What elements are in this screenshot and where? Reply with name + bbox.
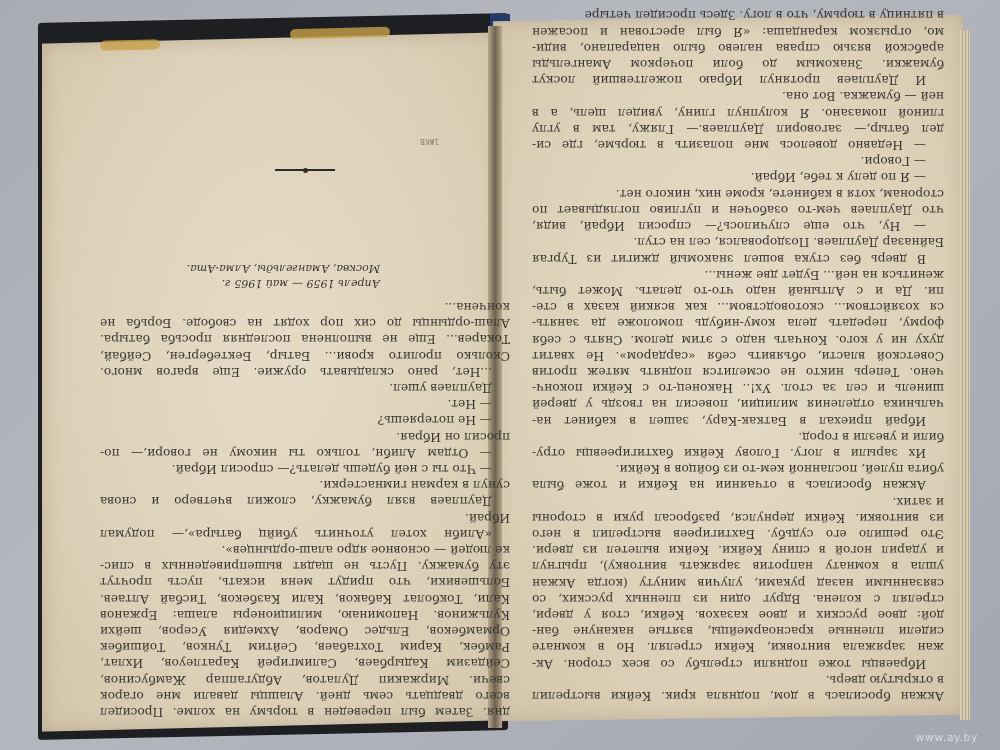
text-line: ушла в комнату напротив заряжать винтовк… bbox=[532, 558, 944, 574]
text-line: Кульжинов. Напоминаю, милиционеры алаша:… bbox=[100, 607, 510, 623]
text-line: чено. Теперь никто не осмелится поднять … bbox=[532, 364, 944, 380]
watermark: www.ay.by bbox=[915, 731, 978, 744]
text-line: — Нет. bbox=[100, 396, 510, 412]
text-line: и ударил ногой в спину Кейки. Кейки выле… bbox=[532, 542, 944, 558]
text-line: Акжан бросилась в отчаянии на Кейки и то… bbox=[532, 477, 944, 493]
text-line: сунул в карман гимнастерки. bbox=[100, 477, 510, 493]
right-page-text: Акжан бросилась в дом, подняла крик. Кей… bbox=[532, 64, 944, 704]
text-line: чальника отделения милиции, повесил на г… bbox=[532, 396, 944, 412]
text-line: убита пулей, посланной кем-то из бойцов … bbox=[532, 461, 944, 477]
text-line: дел батыр,— заговорил Дауплаев.— Гляжу, … bbox=[532, 121, 944, 137]
text-line: эту бумажку. Пусть не щадят вышеприведен… bbox=[100, 558, 510, 574]
text-line: дой: двое русских и двое казахов. Кейки,… bbox=[532, 607, 944, 623]
page-edges bbox=[960, 30, 970, 720]
text-line: стрелял с колена. Вдруг один из пленных … bbox=[532, 591, 944, 607]
text-line: духу ни у кого. Кончать надо с этим дело… bbox=[532, 331, 944, 347]
text-line: ...Нет, рано складывать оружие. Еще враг… bbox=[100, 364, 510, 380]
text-line: Дауплаев ушел. bbox=[100, 380, 510, 396]
text-line: Токарев... Еще не выполнена последняя пр… bbox=[100, 331, 510, 347]
text-line: сидели пленные красноармейцы, взятые нак… bbox=[532, 623, 944, 639]
text-line: Ибрай приехал в Баткак-Кару, зашел в каб… bbox=[532, 412, 944, 428]
text-line: сторонам, хотя в кабинете, кроме них, ни… bbox=[532, 186, 944, 202]
text-line: Сколько пролито крови... Батыр, Бектебер… bbox=[100, 347, 510, 363]
text-line: Это решило его судьбу. Бахтигиреев выстр… bbox=[532, 526, 944, 542]
text-line: — Ну, что еще случилось?— спросил Ибрай,… bbox=[532, 218, 944, 234]
text-line: в открытую дверь. bbox=[532, 672, 944, 688]
text-line: ся хозяйством... скотоводством... как вс… bbox=[532, 299, 944, 315]
tape-stain bbox=[100, 39, 160, 51]
text-line: Дауплаев взял бумажку, сложил вчетверо и… bbox=[100, 493, 510, 509]
text-line: Акжан бросилась в дом, подняла крик. Кей… bbox=[532, 688, 944, 704]
text-line: что Дауплаев чем-то озабочен и пугливо п… bbox=[532, 202, 944, 218]
text-line: бумажки. Знакомым до боли почерком Аманг… bbox=[532, 56, 944, 72]
text-line: жан заряжала винтовки, Кейки стрелял. Но… bbox=[532, 639, 944, 655]
text-line: Сейдазим Кадырбаев, Салимгирей Каратлеуо… bbox=[100, 655, 510, 671]
text-line: «Алибн хотел уточнить убийц батыра»,— по… bbox=[100, 526, 510, 542]
text-line: форму, передать дела кому-нибудь помолож… bbox=[532, 315, 944, 331]
signoff-line: Апрель 1959 — май 1965 г. bbox=[100, 276, 380, 291]
text-line: В дверь без стука вошел знакомый джигит … bbox=[532, 250, 944, 266]
text-line: — Что ты с ней будешь делать?— спросил И… bbox=[100, 461, 510, 477]
text-line: пи. Да и с Алтынай надо что-то делать. М… bbox=[532, 283, 944, 299]
text-line: дня. Затем был переведен в тюрьму на хол… bbox=[100, 704, 510, 720]
text-line: шинель и сел за стол. Ух!.. Наконец-то с… bbox=[532, 380, 944, 396]
text-line: просил он Ибрая. bbox=[100, 428, 510, 444]
text-line: из винтовки. Кейки дернулся, разбросал р… bbox=[532, 510, 944, 526]
text-line: били и увезли в город. bbox=[532, 429, 944, 445]
text-line: всего двадцать семь дней. Алашцы давали … bbox=[100, 688, 510, 704]
text-line: глиной помазано. Я колупнул глину, увиде… bbox=[532, 104, 944, 120]
text-line: и затих. bbox=[532, 493, 944, 509]
text-line: — Недавно довелось мне полазить в тюрьме… bbox=[532, 137, 944, 153]
text-line: ке людей — основное ядро алаш-ордынцев». bbox=[100, 542, 510, 558]
text-line: И Дауплаев протянул Ибраю пожелтевший ло… bbox=[532, 72, 944, 88]
text-line: Большевики, что придут меня искать, пуст… bbox=[100, 574, 510, 590]
text-line: жениться на ней... Будет две жены... bbox=[532, 267, 944, 283]
text-line: Рамбек, Карим Тохтабаев, Сейтим Тунков, … bbox=[100, 639, 510, 655]
text-line: в пятницу в тюрьму, что в логу. Здесь пр… bbox=[532, 7, 944, 23]
text-line: — Отдам Алибн, только ты никому не говор… bbox=[100, 445, 510, 461]
text-line: свечи. Миржакип Дулатов, Абдугаппар Жамб… bbox=[100, 671, 510, 687]
text-line: Кали, Токболат Кабаков, Кали Казбеков, Т… bbox=[100, 590, 510, 606]
signoff-line: Москва, Амангельды, Алма-Ата. bbox=[100, 261, 380, 276]
author-signoff: Апрель 1959 — май 1965 г.Москва, Амангел… bbox=[100, 261, 510, 291]
text-line: кончена... bbox=[100, 299, 510, 315]
text-line: мо, огрызком карандаша: «Я был арестован… bbox=[532, 23, 944, 39]
text-line: ней — бумажка. Вот она. bbox=[532, 88, 944, 104]
text-line: арабской вязью справа налево было нацара… bbox=[532, 40, 944, 56]
text-line: Советской власти, объявить себя «сардаро… bbox=[532, 348, 944, 364]
text-line: Байназар Дауплаев. Поздоровался, сел на … bbox=[532, 234, 944, 250]
text-line: Ибрай. bbox=[100, 509, 510, 525]
text-line: — Не потеряешь? bbox=[100, 412, 510, 428]
library-stamp: 1ЖКВ bbox=[420, 137, 439, 146]
text-line: Ибраевцы тоже подняли стрельбу со всех с… bbox=[532, 655, 944, 671]
left-page-text: дня. Затем был переведен в тюрьму на хол… bbox=[100, 290, 510, 720]
text-line: Их зарыли в логу. Голову Кейки бахтигире… bbox=[532, 445, 944, 461]
text-line: Ормамбеков, Ельдес Омаров, Ахмедия Усеро… bbox=[100, 623, 510, 639]
end-ornament bbox=[275, 169, 335, 171]
text-line: — Я по делу к тебе, Ибрай. bbox=[532, 169, 944, 185]
text-line: связанными назад руками, улучив минуту (… bbox=[532, 574, 944, 590]
text-line: Алаш-ордынцы до сих пор ходят на свободе… bbox=[100, 315, 510, 331]
text-line: — Говори. bbox=[532, 153, 944, 169]
